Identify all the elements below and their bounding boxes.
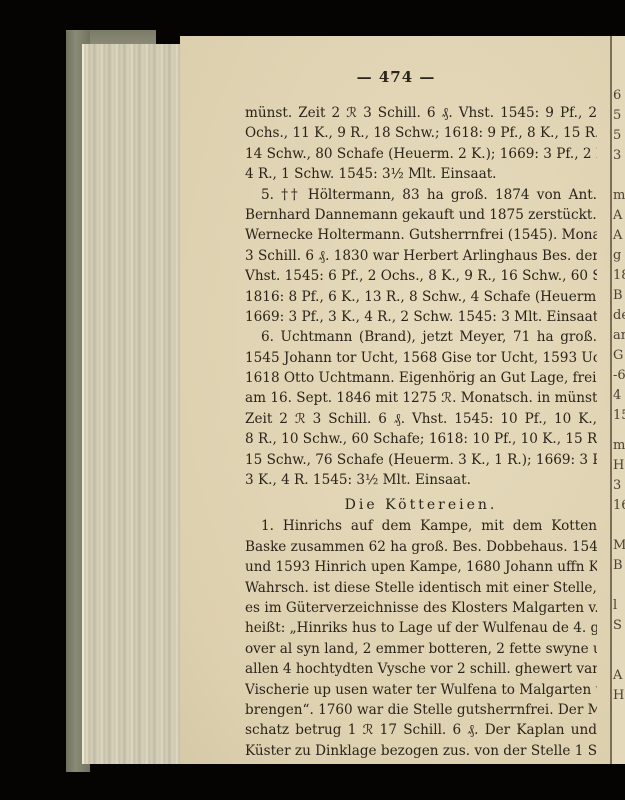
text-line: 15 Schw., 76 Schafe (Heuerm. 3 K., 1 R.)…: [245, 450, 597, 470]
text-line: 6. Uchtmann (Brand), jetzt Meyer, 71 ha …: [245, 327, 597, 347]
facing-page-fragment: A: [613, 208, 622, 223]
text-line: Wernecke Holtermann. Gutsherrnfrei (1545…: [245, 225, 597, 245]
text-line: allen 4 hochtydten Vysche vor 2 schill. …: [245, 659, 597, 679]
text-line: heißt: „Hinriks hus to Lage uf der Wulfe…: [245, 618, 597, 638]
text-line: und 1593 Hinrich upen Kampe, 1680 Johann…: [245, 557, 597, 577]
text-line: 5. †† Höltermann, 83 ha groß. 1874 von A…: [245, 185, 597, 205]
text-line: Wahrsch. ist diese Stelle identisch mit …: [245, 578, 597, 598]
facing-page-fragment: g: [613, 248, 621, 263]
text-line: 4 R., 1 Schw. 1545: 3½ Mlt. Einsaat.: [245, 164, 597, 184]
facing-page-fragment: 5: [613, 108, 621, 123]
facing-page-fragment: 5: [613, 128, 621, 143]
facing-page-fragment: B: [613, 558, 623, 573]
text-line: Küster zu Dinklage bezogen zus. von der …: [245, 741, 597, 761]
facing-page-fragment: 3: [613, 478, 621, 493]
text-line: Baske zusammen 62 ha groß. Bes. Dobbehau…: [245, 537, 597, 557]
text-line: 1545 Johann tor Ucht, 1568 Gise tor Ucht…: [245, 348, 597, 368]
section-heading: Die Köttereien.: [245, 490, 597, 516]
text-line: 1816: 8 Pf., 6 K., 13 R., 8 Schw., 4 Sch…: [245, 287, 597, 307]
page-edges-stack: [82, 44, 182, 764]
facing-page-fragment: de: [613, 308, 625, 323]
facing-page-fragment: H: [613, 458, 624, 473]
facing-page-fragment: A: [613, 668, 622, 683]
text-line: 1618 Otto Uchtmann. Eigenhörig an Gut La…: [245, 368, 597, 388]
text-line: 8 R., 10 Schw., 60 Schafe; 1618: 10 Pf.,…: [245, 429, 597, 449]
text-line: Vischerie up usen water ter Wulfena to M…: [245, 680, 597, 700]
text-line: es im Güterverzeichnisse des Klosters Ma…: [245, 598, 597, 618]
text-line: 3 K., 4 R. 1545: 3½ Mlt. Einsaat.: [245, 470, 597, 490]
facing-page-fragment: 16: [613, 498, 625, 513]
facing-page-fragment: M: [613, 538, 625, 553]
facing-page-fragment: S: [613, 618, 622, 633]
text-line: Vhst. 1545: 6 Pf., 2 Ochs., 8 K., 9 R., …: [245, 266, 597, 286]
text-line: 3 Schill. 6 ₰. 1830 war Herbert Arlingha…: [245, 246, 597, 266]
facing-page-fragment: an: [613, 328, 625, 343]
facing-page-fragment: -6: [613, 368, 625, 383]
facing-page-fragment: A: [613, 228, 622, 243]
page-body-text: münst. Zeit 2 ℛ 3 Schill. 6 ₰. Vhst. 154…: [245, 103, 597, 761]
text-line: 1. Hinrichs auf dem Kampe, mit dem Kotte…: [245, 516, 597, 536]
text-line: over al syn land, 2 emmer botteren, 2 fe…: [245, 639, 597, 659]
text-line: Ochs., 11 K., 9 R., 18 Schw.; 1618: 9 Pf…: [245, 123, 597, 143]
text-line: Bernhard Dannemann gekauft und 1875 zers…: [245, 205, 597, 225]
facing-page-fragment: m: [613, 438, 625, 453]
facing-page-fragment: G: [613, 348, 623, 363]
text-line: münst. Zeit 2 ℛ 3 Schill. 6 ₰. Vhst. 154…: [245, 103, 597, 123]
facing-page-fragment: 6: [613, 88, 621, 103]
facing-page-fragment: B: [613, 288, 623, 303]
text-line: schatz betrug 1 ℛ 17 Schill. 6 ₰. Der Ka…: [245, 720, 597, 740]
text-line: am 16. Sept. 1846 mit 1275 ℛ. Monatsch. …: [245, 388, 597, 408]
text-line: Zeit 2 ℛ 3 Schill. 6 ₰. Vhst. 1545: 10 P…: [245, 409, 597, 429]
text-line: 14 Schw., 80 Schafe (Heuerm. 2 K.); 1669…: [245, 144, 597, 164]
page-number: — 474 —: [180, 68, 612, 86]
facing-page-edge: 6553mAAg18BdeanG-6415mH316MBlSAH: [612, 36, 625, 764]
facing-page-fragment: l: [613, 598, 617, 613]
facing-page-fragment: 3: [613, 148, 621, 163]
text-line: 1669: 3 Pf., 3 K., 4 R., 2 Schw. 1545: 3…: [245, 307, 597, 327]
facing-page-fragment: 4: [613, 388, 621, 403]
text-line: brengen“. 1760 war die Stelle gutsherrnf…: [245, 700, 597, 720]
facing-page-fragment: m: [613, 188, 625, 203]
facing-page-fragment: H: [613, 688, 624, 703]
facing-page-fragment: 15: [613, 408, 625, 423]
facing-page-fragment: 18: [613, 268, 625, 283]
